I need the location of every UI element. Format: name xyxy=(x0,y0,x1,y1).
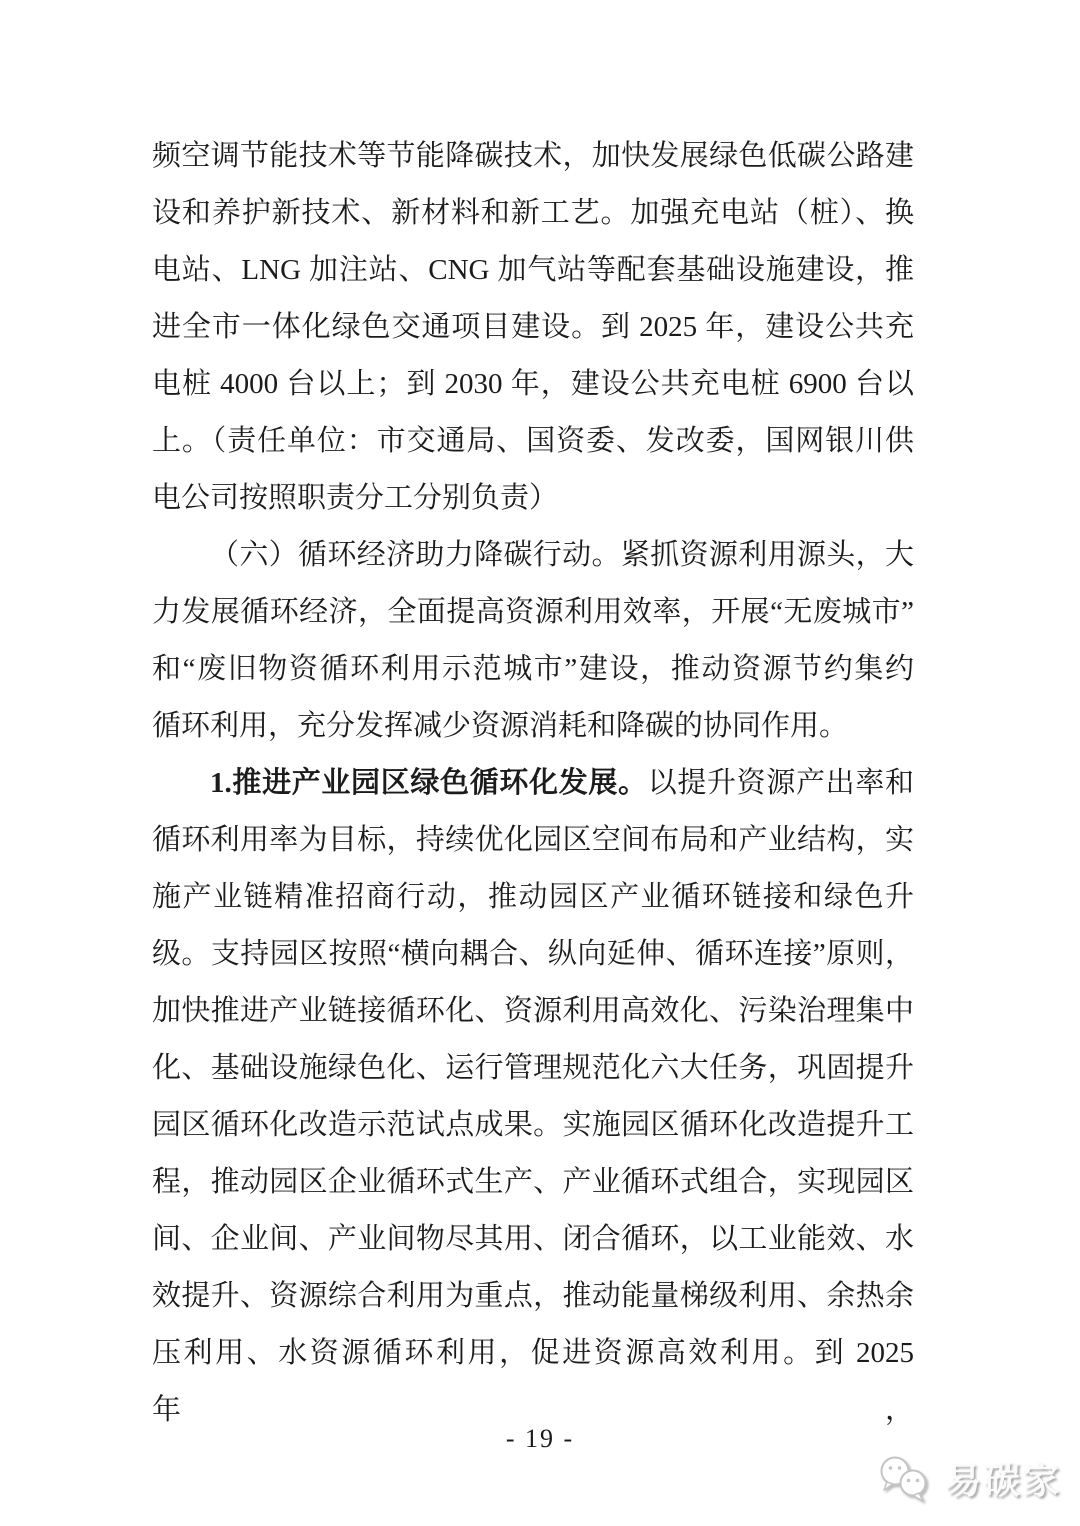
text-line: 循环利用，充分发挥减少资源消耗和降碳的协同作用。 xyxy=(152,698,914,755)
watermark-brand-text: 易碳家 xyxy=(945,1453,1062,1504)
text-line: 电桩 4000 台以上；到 2030 年，建设公共充电桩 6900 台以 xyxy=(152,356,914,413)
text-line: 施产业链精准招商行动，推动园区产业循环链接和绿色升 xyxy=(152,869,914,926)
text-line: 上。（责任单位：市交通局、国资委、发改委，国网银川供 xyxy=(152,413,914,470)
section-heading-rest: 紧抓资源利用源头，大 xyxy=(621,539,914,571)
text-line: 级。支持园区按照“横向耦合、纵向延伸、循环连接”原则， xyxy=(152,926,914,983)
text-line: 循环利用率为目标，持续优化园区空间布局和产业结构，实 xyxy=(152,812,914,869)
text-line: 效提升、资源综合利用为重点，推动能量梯级利用、余热余 xyxy=(152,1268,914,1325)
text-line: 压利用、水资源循环利用，促进资源高效利用。到 2025 年， xyxy=(152,1325,914,1382)
paragraph-circular-economy-action: （六）循环经济助力降碳行动。紧抓资源利用源头，大 力发展循环经济，全面提高资源利… xyxy=(152,527,914,755)
text-line: 1.推进产业园区绿色循环化发展。以提升资源产出率和 xyxy=(152,755,914,812)
text-line: 设和养护新技术、新材料和新工艺。加强充电站（桩）、换 xyxy=(152,185,914,242)
text-line: 电公司按照职责分工分别负责） xyxy=(152,470,914,527)
document-page: 频空调节能技术等节能降碳技术，加快发展绿色低碳公路建 设和养护新技术、新材料和新… xyxy=(0,0,1080,1526)
paragraph-transport-actions: 频空调节能技术等节能降碳技术，加快发展绿色低碳公路建 设和养护新技术、新材料和新… xyxy=(152,128,914,527)
text-line: 频空调节能技术等节能降碳技术，加快发展绿色低碳公路建 xyxy=(152,128,914,185)
text-line: 加快推进产业链接循环化、资源利用高效化、污染治理集中 xyxy=(152,983,914,1040)
text-line: 电站、LNG 加注站、CNG 加气站等配套基础设施建设，推 xyxy=(152,242,914,299)
item-heading-rest: 以提升资源产出率和 xyxy=(648,767,914,799)
text-line: 进全市一体化绿色交通项目建设。到 2025 年，建设公共充 xyxy=(152,299,914,356)
text-line: 程，推动园区企业循环式生产、产业循环式组合，实现园区 xyxy=(152,1154,914,1211)
watermark: 易碳家 xyxy=(877,1453,1062,1504)
text-line: 园区循环化改造示范试点成果。实施园区循环化改造提升工 xyxy=(152,1097,914,1154)
text-line: 间、企业间、产业间物尽其用、闭合循环，以工业能效、水 xyxy=(152,1211,914,1268)
page-number: - 19 - xyxy=(0,1424,1080,1454)
text-line: 和“废旧物资循环利用示范城市”建设，推动资源节约集约 xyxy=(152,641,914,698)
paragraph-industrial-park-development: 1.推进产业园区绿色循环化发展。以提升资源产出率和 循环利用率为目标，持续优化园… xyxy=(152,755,914,1382)
body-text: 频空调节能技术等节能降碳技术，加快发展绿色低碳公路建 设和养护新技术、新材料和新… xyxy=(152,128,914,1382)
wechat-bubbles-icon xyxy=(877,1454,933,1504)
section-heading: （六）循环经济助力降碳行动。 xyxy=(210,539,621,571)
text-line: （六）循环经济助力降碳行动。紧抓资源利用源头，大 xyxy=(152,527,914,584)
text-line: 化、基础设施绿色化、运行管理规范化六大任务，巩固提升 xyxy=(152,1040,914,1097)
text-line: 力发展循环经济，全面提高资源利用效率，开展“无废城市” xyxy=(152,584,914,641)
item-heading: 1.推进产业园区绿色循环化发展。 xyxy=(210,767,648,799)
